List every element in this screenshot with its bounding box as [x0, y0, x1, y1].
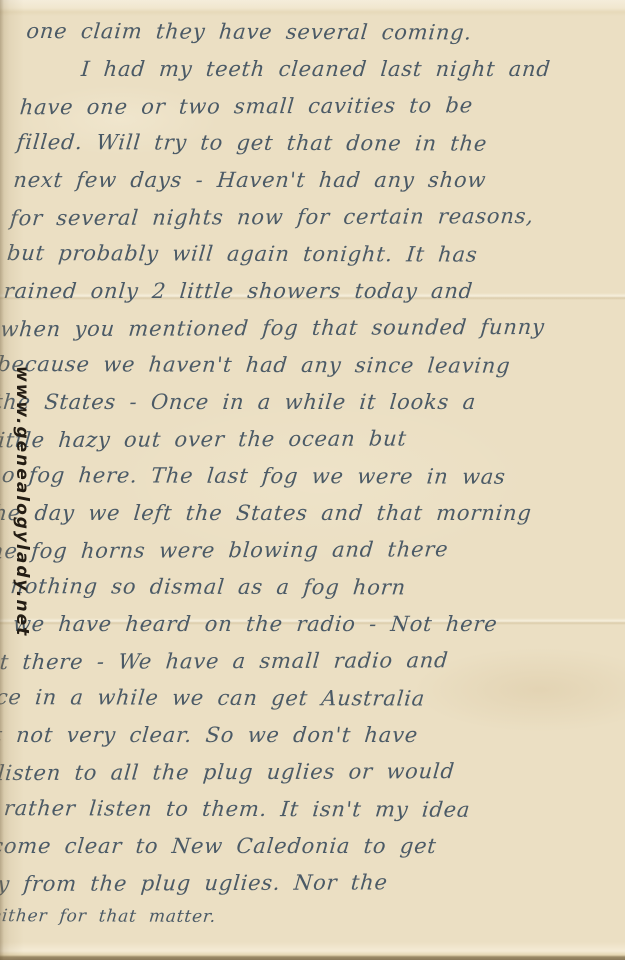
handwritten-line-12: little hazy out over the ocean but	[0, 420, 577, 460]
handwritten-line-3: have one or two small cavities to be	[18, 87, 606, 127]
handwritten-line-5: next few days - Haven't had any show	[12, 162, 600, 199]
handwritten-line-2: I had my teeth cleaned last night and	[22, 51, 610, 88]
handwritten-line-1: one claim they have several coming.	[25, 13, 613, 52]
handwritten-line-24: away from the plug uglies. Nor the	[0, 864, 539, 904]
handwritten-line-6: for several nights now for certain reaso…	[9, 198, 597, 238]
page-bottom-edge	[0, 942, 625, 960]
handwritten-line-8: rained only 2 little showers today and	[2, 273, 590, 310]
handwritten-line-10: because we haven't had any since leaving	[0, 346, 584, 385]
handwritten-line-9: when you mentioned fog that sounded funn…	[0, 309, 587, 349]
handwritten-line-18: but there - We have a small radio and	[0, 642, 558, 682]
handwritten-line-20: but not very clear. So we don't have	[0, 717, 551, 754]
handwritten-line-14: the day we left the States and that morn…	[0, 495, 571, 532]
handwritten-line-21: to listen to all the plug uglies or woul…	[0, 753, 548, 793]
handwritten-line-15: the fog horns were blowing and there	[0, 531, 568, 571]
watermark: www.genealogylady.net	[12, 366, 32, 666]
letter-body: one claim they have several coming.I had…	[0, 14, 613, 932]
letter-page: www.genealogylady.net one claim they hav…	[0, 0, 625, 960]
handwritten-line-13: no fog here. The last fog we were in was	[0, 457, 574, 496]
handwritten-line-25: fog either for that matter.	[0, 901, 535, 933]
handwritten-line-19: once in a while we can get Australia	[0, 679, 555, 718]
handwritten-line-23: to come clear to New Caledonia to get	[0, 828, 542, 865]
handwritten-line-16: is nothing so dismal as a fog horn	[0, 568, 564, 607]
handwritten-line-4: filled. Will try to get that done in the	[15, 124, 603, 163]
handwritten-line-22: we rather listen to them. It isn't my id…	[0, 790, 545, 829]
handwritten-line-17: as we have heard on the radio - Not here	[0, 606, 561, 643]
handwritten-line-11: the States - Once in a while it looks a	[0, 384, 581, 421]
handwritten-line-7: but probably will again tonight. It has	[5, 235, 593, 274]
